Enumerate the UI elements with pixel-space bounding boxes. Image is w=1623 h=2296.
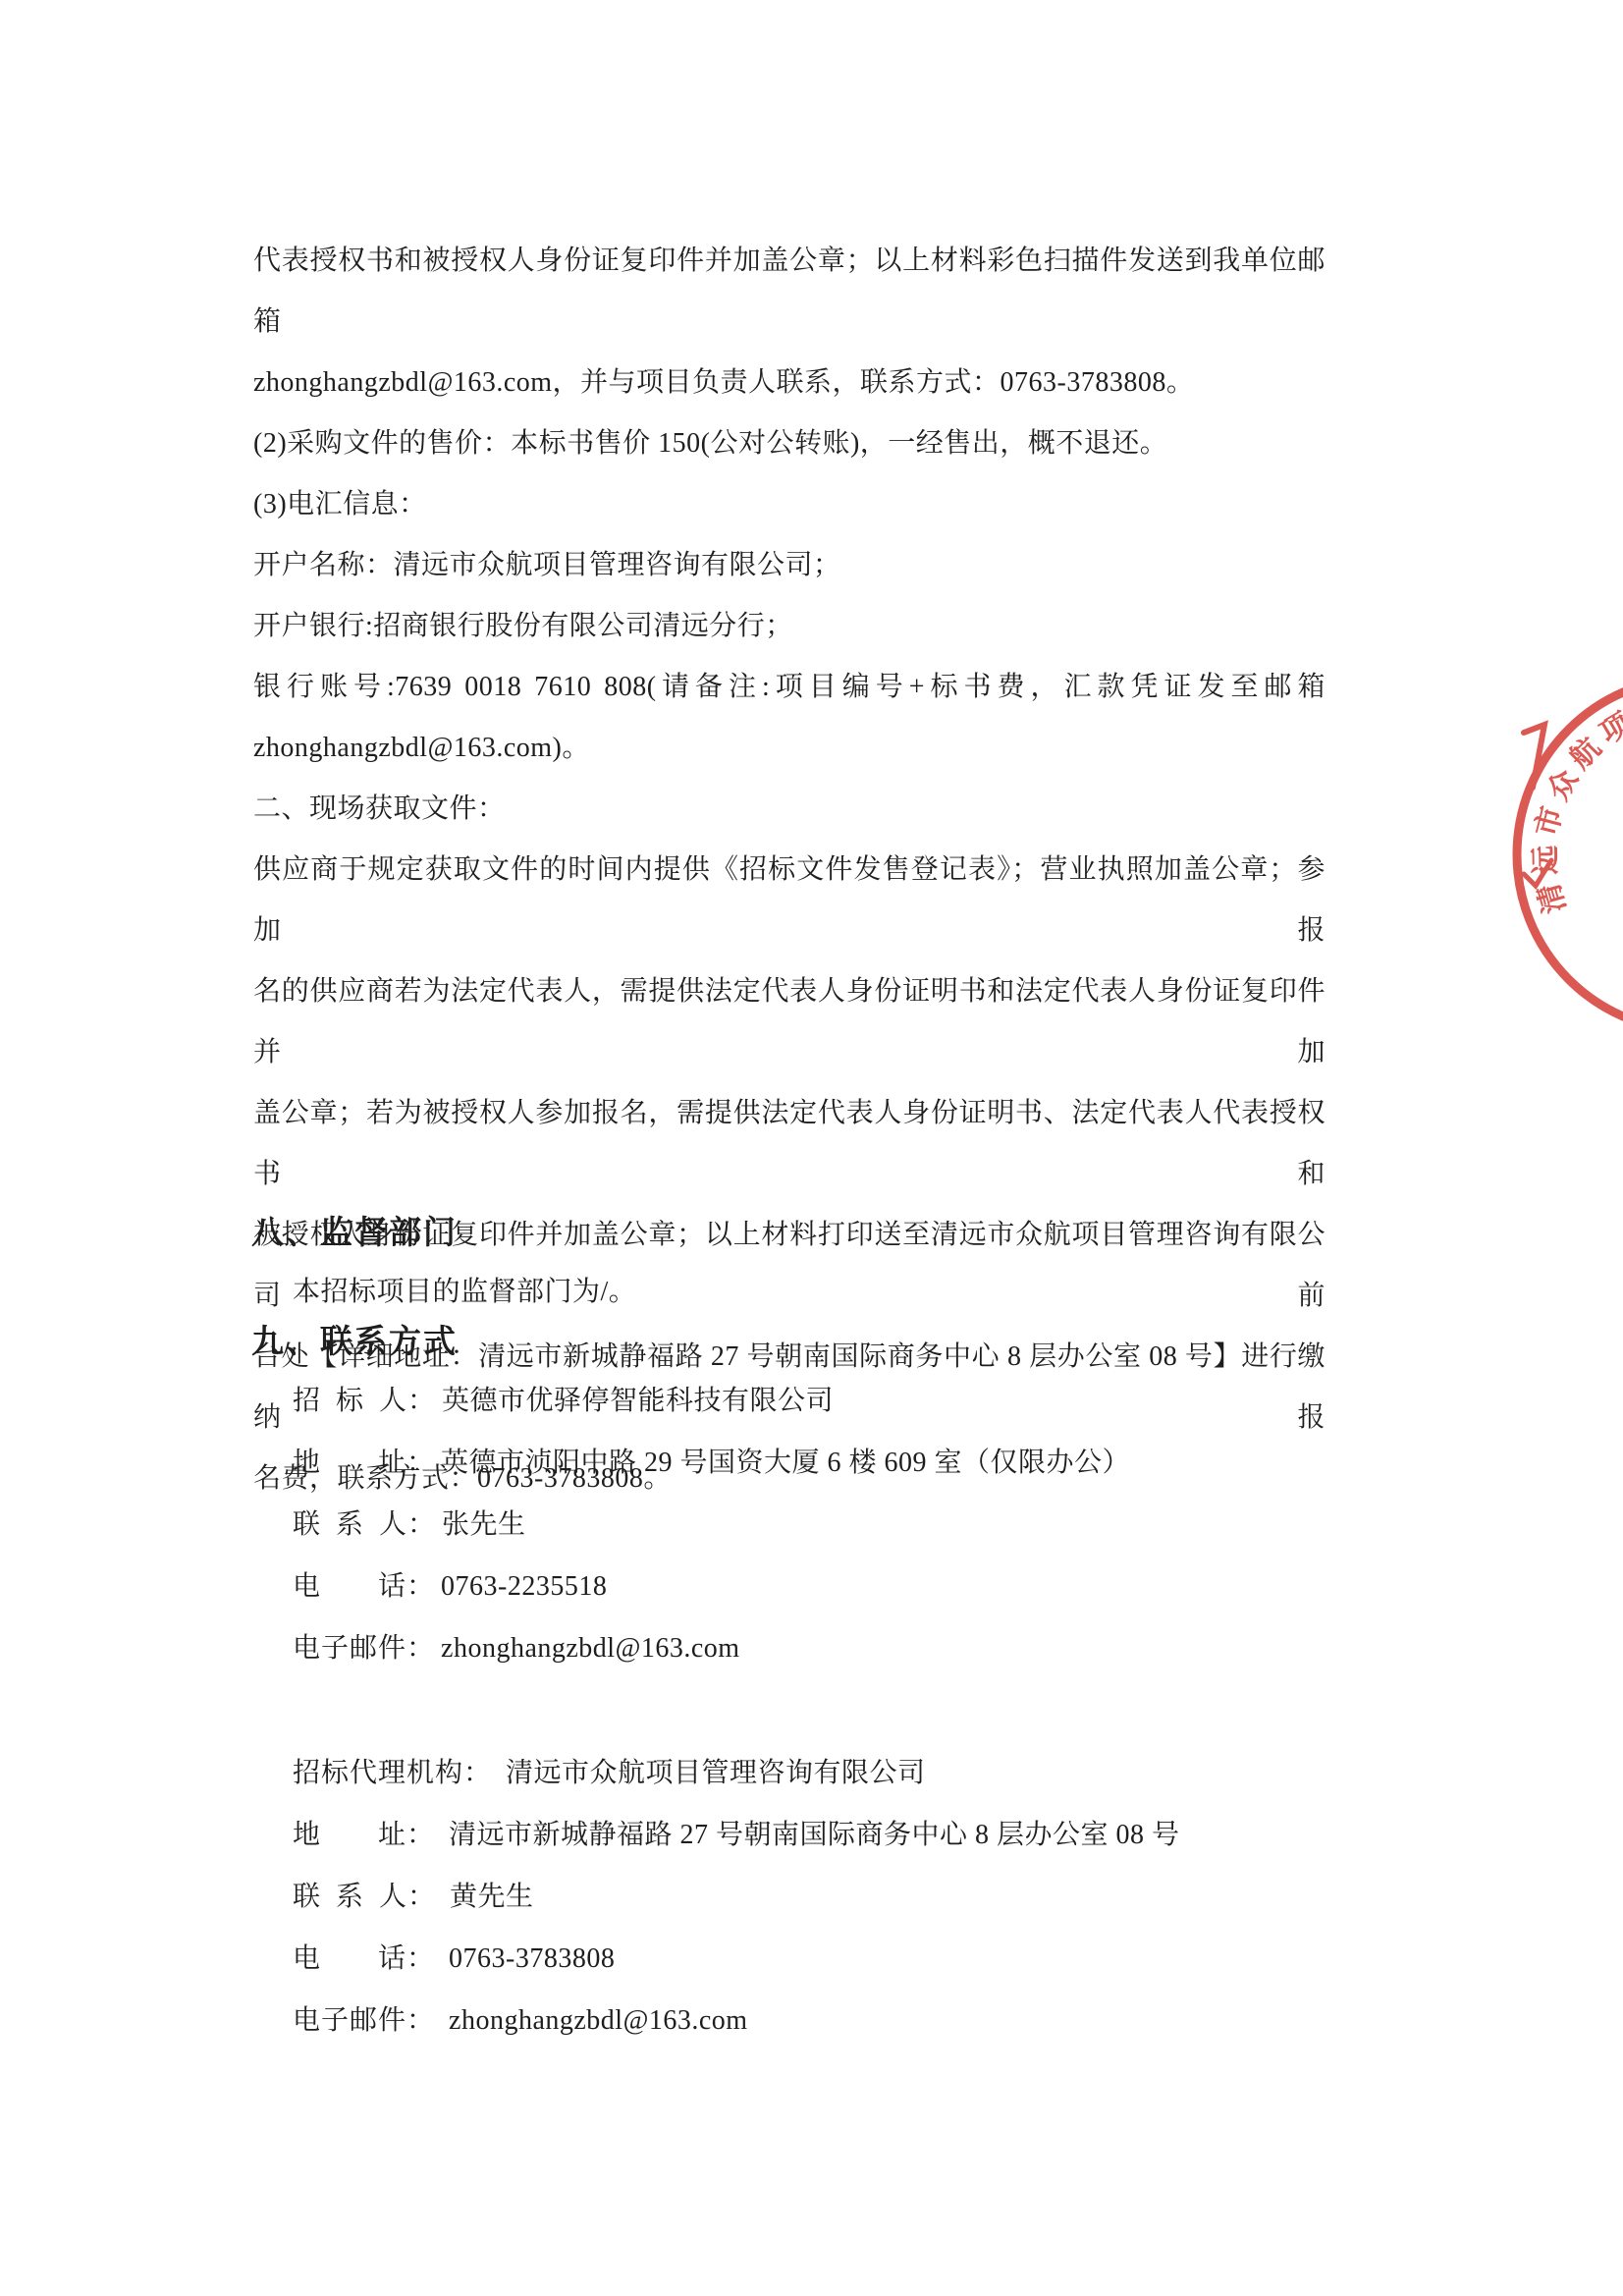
contact-value: 清远市新城静福路 27 号朝南国际商务中心 8 层办公室 08 号 [449, 1820, 1180, 1850]
contact-row-tenderer-phone: 电 话：0763-2235518 [293, 1556, 1130, 1617]
contact-label: 电子邮件： [293, 2005, 435, 2036]
paragraph-line: 代表授权书和被授权人身份证复印件并加盖公章；以上材料彩色扫描件发送到我单位邮箱 [253, 231, 1325, 353]
contact-label: 地 址： [293, 1448, 435, 1478]
contact-label: 电子邮件： [293, 1633, 435, 1664]
paragraph-line: 二、现场获取文件： [253, 779, 1325, 840]
contact-label: 电 话： [293, 1943, 435, 1974]
contact-label: 联 系 人： [293, 1509, 436, 1540]
contact-row-agency-name: 招标代理机构：清远市众航项目管理咨询有限公司 [293, 1742, 1180, 1804]
contact-value: 张先生 [442, 1509, 526, 1540]
paragraph-line: (3)电汇信息： [253, 474, 1325, 535]
contact-value: 英德市优驿停智能科技有限公司 [442, 1386, 834, 1416]
tenderer-contact-block: 招 标 人：英德市优驿停智能科技有限公司 地 址：英德市浈阳中路 29 号国资大… [293, 1370, 1130, 1679]
contact-row-agency-email: 电子邮件：zhonghangzbdl@163.com [293, 1990, 1180, 2051]
contact-row-agency-person: 联 系 人：黄先生 [293, 1866, 1180, 1928]
paragraph-line: 名的供应商若为法定代表人，需提供法定代表人身份证明书和法定代表人身份证复印件并加 [253, 961, 1325, 1083]
paragraph-line: zhonghangzbdl@163.com，并与项目负责人联系，联系方式：076… [253, 353, 1325, 413]
document-page: 代表授权书和被授权人身份证复印件并加盖公章；以上材料彩色扫描件发送到我单位邮箱 … [0, 0, 1623, 2296]
contact-label: 地 址： [293, 1820, 435, 1850]
paragraph-line: zhonghangzbdl@163.com)。 [253, 718, 1325, 779]
contact-value: zhonghangzbdl@163.com [441, 1633, 740, 1664]
paragraph-line: 盖公章；若为被授权人参加报名，需提供法定代表人身份证明书、法定代表人代表授权书和 [253, 1083, 1325, 1205]
contact-row-tenderer-address: 地 址：英德市浈阳中路 29 号国资大厦 6 楼 609 室（仅限办公） [293, 1432, 1130, 1494]
agency-contact-block: 招标代理机构：清远市众航项目管理咨询有限公司 地 址：清远市新城静福路 27 号… [293, 1742, 1180, 2051]
contact-label: 电 话： [293, 1571, 435, 1602]
contact-value: 清远市众航项目管理咨询有限公司 [506, 1758, 926, 1788]
contact-row-tenderer-email: 电子邮件：zhonghangzbdl@163.com [293, 1617, 1130, 1679]
seal-ink-mark [1524, 725, 1544, 788]
paragraph-line: 银行账号:7639 0018 7610 808(请备注:项目编号+标书费，汇款凭… [253, 657, 1325, 718]
paragraph-line: (2)采购文件的售价：本标书售价 150(公对公转账)，一经售出，概不退还。 [253, 413, 1325, 474]
contact-label: 联 系 人： [293, 1882, 436, 1912]
contact-value: 英德市浈阳中路 29 号国资大厦 6 楼 609 室（仅限办公） [441, 1448, 1130, 1478]
section-heading-contact: 九、联系方式 [251, 1320, 458, 1363]
contact-row-agency-phone: 电 话：0763-3783808 [293, 1928, 1180, 1990]
section-heading-supervision: 八、监督部门 [251, 1211, 458, 1254]
contact-row-tenderer-person: 联 系 人：张先生 [293, 1494, 1130, 1556]
contact-label: 招标代理机构： [293, 1758, 492, 1788]
company-seal-stamp: 清远市众航项目管理咨询有限公司 [1500, 668, 1623, 1041]
contact-row-agency-address: 地 址：清远市新城静福路 27 号朝南国际商务中心 8 层办公室 08 号 [293, 1804, 1180, 1866]
contact-value: 0763-3783808 [449, 1943, 615, 1974]
contact-value: 0763-2235518 [441, 1571, 607, 1602]
supervision-body-text: 本招标项目的监督部门为/。 [293, 1273, 636, 1312]
paragraph-line: 开户名称：清远市众航项目管理咨询有限公司； [253, 535, 1325, 596]
body-paragraphs: 代表授权书和被授权人身份证复印件并加盖公章；以上材料彩色扫描件发送到我单位邮箱 … [253, 231, 1325, 1509]
contact-row-tenderer-name: 招 标 人：英德市优驿停智能科技有限公司 [293, 1370, 1130, 1432]
paragraph-line: 开户银行:招商银行股份有限公司清远分行； [253, 596, 1325, 657]
paragraph-line: 供应商于规定获取文件的时间内提供《招标文件发售登记表》；营业执照加盖公章；参加报 [253, 840, 1325, 961]
contact-label: 招 标 人： [293, 1386, 436, 1416]
contact-value: 黄先生 [450, 1882, 534, 1912]
contact-value: zhonghangzbdl@163.com [449, 2005, 748, 2036]
